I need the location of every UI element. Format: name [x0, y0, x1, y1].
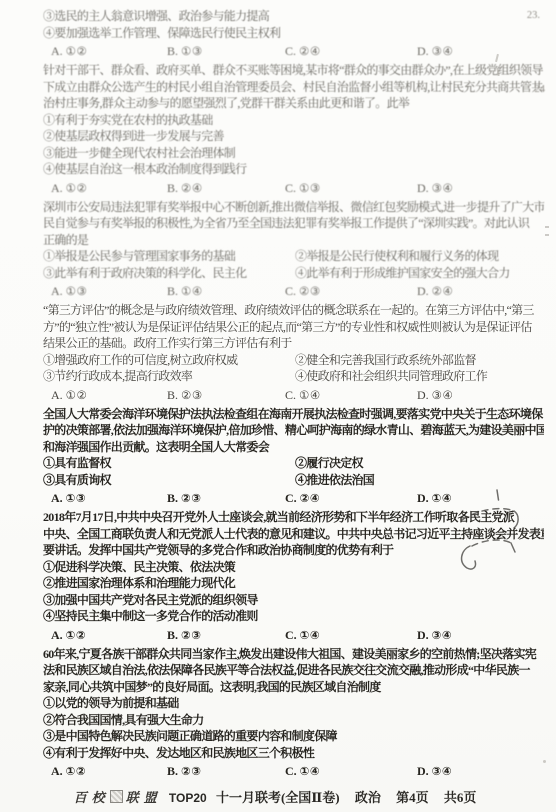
item-line: ④坚持民主集中制这一多党合作的活动准则 — [43, 608, 544, 625]
margin-note-23: 23. — [527, 10, 540, 21]
choice-A: A.①② — [51, 179, 167, 197]
choice-C: C.①③ — [285, 179, 417, 197]
item-line: ③是中国特色解决民族问题正确道路的重要内容和制度保障 — [43, 728, 544, 745]
page-footer: 百校联盟 TOP20 十一月联考(全国Ⅱ卷) 政治 第4页 共6页 — [0, 787, 556, 806]
question-block: ③选民的主人翁意识增强、政治参与能力提高④要加强选举工作管理、保障选民行使民主权… — [14, 8, 544, 60]
choice-value: ①② — [66, 388, 88, 402]
stem-line: 21.2018年7月17日,中共中央召开党外人士座谈会,就当前经济形势和下半年经… — [43, 509, 544, 526]
choice-label: C. — [285, 181, 296, 195]
choice-value: ②③ — [299, 284, 321, 298]
stem-text: 方”的“独立性”被认为是保证评估结果公正的起点,而“第三方”的专业性和权威性则被… — [43, 320, 532, 334]
item-line: ④推进依法治国 — [295, 472, 544, 489]
stem-text: 中央、全国工商联负责人和无党派人士代表的意见和建议。中共中央总书记习近平主持座谈… — [43, 527, 544, 541]
brand-left-text: 百校 — [74, 790, 110, 805]
choice-A: A.①③ — [51, 282, 167, 300]
stem-text: 治村庄事务,群众主动参与的愿望强烈了,党群干群关系由此更和谐了。此举 — [43, 96, 409, 110]
choice-label: D. — [417, 628, 429, 642]
choice-row: A.①②B.②③C.①④D.③④ — [43, 762, 544, 780]
item-grid: ①增强政府工作的可信度,树立政府权威②健全和完善我国行政系统外部监督③节约行政成… — [43, 352, 544, 385]
choice-D: D.③④ — [417, 42, 544, 60]
item-line: ①促进科学决策、民主决策、依法决策 — [43, 559, 544, 576]
stem-line: 民自觉参与有奖举报的积极性,为全省乃至全国违法犯罪有奖举报工作提供了“深圳实践”… — [43, 215, 544, 232]
stem-line: 19.“第三方评估”的概念是与政府绩效管理、政府绩效评估的概念联系在一起的。在第… — [43, 302, 544, 319]
choice-value: ①④ — [299, 388, 321, 402]
item-line: ②使基层政权得到进一步发展与完善 — [43, 128, 544, 145]
choice-row: A.①③B.②③C.②④D.①④ — [43, 489, 544, 507]
choice-label: B. — [167, 628, 178, 642]
stem-line: 家亲,同心共筑中国梦”的良好局面。这表明,我国的民族区域自治制度 — [43, 679, 544, 696]
choice-row: A.①②B.②③C.①④D.③④ — [43, 386, 544, 404]
choice-value: ②③ — [181, 628, 201, 642]
item-line: ④要加强选举工作管理、保障选民行使民主权利 — [43, 25, 544, 42]
choice-value: ②④ — [299, 44, 321, 58]
choice-label: C. — [285, 491, 297, 505]
choice-label: B. — [167, 388, 178, 402]
choice-value: ①④ — [181, 284, 203, 298]
item-line: ①举报是公民参与管理国家事务的基础 — [43, 248, 295, 265]
choice-value: ①③ — [66, 284, 88, 298]
choice-D: D.①④ — [417, 489, 544, 507]
choice-A: A.①③ — [51, 489, 167, 507]
choice-B: B.②③ — [167, 626, 285, 644]
brand-right-text: 联盟 — [126, 790, 162, 805]
item-line: ①具有监督权 — [43, 455, 295, 472]
stem-text: “第三方评估”的概念是与政府绩效管理、政府绩效评估的概念联系在一起的。在第三方评… — [43, 303, 534, 317]
stem-text: 要讲话。发挥中国共产党领导的多党合作和政治协商制度的优势有利于 — [43, 543, 393, 557]
choice-value: ③④ — [432, 764, 452, 778]
choice-value: ①③ — [181, 44, 203, 58]
item-line: ②推进国家治理体系和治理能力现代化 — [43, 575, 544, 592]
stem-text: 深圳市公安局违法犯罪有奖举报中心不断创新,推出微信举报、微信红包奖励模式,进一步… — [43, 200, 544, 214]
choice-label: D. — [417, 44, 429, 58]
stem-line: 和海洋强国作出贡献。这表明全国人大常委会 — [43, 439, 544, 456]
choice-C: C.①④ — [285, 762, 417, 780]
stem-line: 20.全国人大常委会海洋环境保护法执法检查组在海南开展执法检查时强调,要落实党中… — [43, 406, 544, 423]
page-number: 第4页 — [396, 790, 429, 805]
choice-value: ②③ — [181, 491, 201, 505]
choice-row: A.①②B.①③C.②④D.③④ — [43, 42, 544, 60]
choice-label: B. — [167, 181, 178, 195]
choice-label: C. — [285, 44, 296, 58]
stem-line: 治村庄事务,群众主动参与的愿望强烈了,党群干群关系由此更和谐了。此举 — [43, 95, 544, 112]
item-line: ③节约行政成本,提高行政效率 — [43, 368, 295, 385]
stem-line: 正确的是 — [43, 232, 544, 249]
item-line: ②举报是公民行使权利和履行义务的体现 — [295, 248, 544, 265]
question-block: 20.全国人大常委会海洋环境保护法执法检查组在海南开展执法检查时强调,要落实党中… — [14, 406, 544, 508]
question-block: 21.2018年7月17日,中共中央召开党外人士座谈会,就当前经济形势和下半年经… — [14, 509, 544, 644]
choice-value: ①② — [66, 181, 88, 195]
item-line: ④此举有利于形成维护国家安全的强大合力 — [295, 265, 544, 282]
stem-text: 结果公正的基础。政府工作实行第三方评估有利于 — [43, 336, 292, 350]
stem-text: 60年来,宁夏各族干部群众共同当家作主,焕发出建设伟大祖国、建设美丽家乡的空前热… — [43, 647, 536, 661]
choice-label: C. — [285, 764, 297, 778]
choice-value: ①② — [66, 44, 88, 58]
choice-value: ②④ — [300, 491, 320, 505]
choice-value: ③④ — [432, 388, 454, 402]
choice-value: ①③ — [66, 491, 86, 505]
item-line: ③加强中国共产党对各民主党派的组织领导 — [43, 592, 544, 609]
item-line: ④使政府和社会组织共同管理政府工作 — [295, 368, 544, 385]
choice-value: ②③ — [181, 764, 201, 778]
stem-line: 结果公正的基础。政府工作实行第三方评估有利于 — [43, 335, 544, 352]
choice-label: B. — [167, 764, 178, 778]
choice-B: B.②③ — [167, 762, 285, 780]
stem-text: 针对干部干、群众看、政府买单、群众不买账等困境,某市将“群众的事交由群众办”,在… — [43, 63, 543, 77]
stem-line: 17.针对干部干、群众看、政府买单、群众不买账等困境,某市将“群众的事交由群众办… — [43, 62, 544, 79]
stem-text: 民自觉参与有奖举报的积极性,为全省乃至全国违法犯罪有奖举报工作提供了“深圳实践”… — [43, 216, 529, 230]
choice-A: A.①② — [51, 42, 167, 60]
item-line: ④有利于发挥好中央、发达地区和民族地区三个积极性 — [43, 745, 544, 762]
item-grid: ①具有监督权②履行决定权③具有质询权④推进依法治国 — [43, 455, 544, 488]
choice-A: A.①② — [51, 386, 167, 404]
choice-value: ②④ — [181, 181, 203, 195]
choice-label: D. — [417, 181, 429, 195]
choice-value: ②④ — [432, 284, 454, 298]
choice-label: A. — [51, 388, 63, 402]
question-block: 17.针对干部干、群众看、政府买单、群众不买账等困境,某市将“群众的事交由群众办… — [14, 62, 544, 197]
choice-value: ①④ — [300, 628, 320, 642]
stem-text: 法和民族区域自治法,依法保障各民族平等合法权益,促进各民族交往交流交融,推动形成… — [43, 663, 530, 677]
choice-D: D.③④ — [417, 386, 544, 404]
margin-note-24: 24 — [535, 84, 546, 95]
item-line: ①有利于夯实党在农村的执政基础 — [43, 112, 544, 129]
choice-row: A.①②B.②④C.①③D.③④ — [43, 179, 544, 197]
choice-label: C. — [285, 628, 297, 642]
item-line: ①增强政府工作的可信度,树立政府权威 — [43, 352, 295, 369]
choice-value: ①② — [66, 628, 86, 642]
stem-text: 全国人大常委会海洋环境保护法执法检查组在海南开展执法检查时强调,要落实党中央关于… — [43, 407, 543, 421]
question-list: ③选民的主人翁意识增强、政治参与能力提高④要加强选举工作管理、保障选民行使民主权… — [14, 8, 544, 782]
stem-text: 和海洋强国作出贡献。这表明全国人大常委会 — [43, 440, 269, 454]
item-line: ③此举有利于政府决策的科学化、民主化 — [43, 265, 295, 282]
stem-line: 下成立由群众公选产生的村民小组自治管理委员会、村民自治监督小组等机构,让村民充分… — [43, 79, 544, 96]
choice-B: B.①③ — [167, 42, 285, 60]
stem-text: 正确的是 — [43, 233, 88, 247]
item-line: ③选民的主人翁意识增强、政治参与能力提高 — [43, 8, 544, 25]
item-line: ④使基层自治这一根本政治制度得到践行 — [43, 161, 544, 178]
stem-line: 18.深圳市公安局违法犯罪有奖举报中心不断创新,推出微信举报、微信红包奖励模式,… — [43, 199, 544, 216]
stem-line: 要讲话。发挥中国共产党领导的多党合作和政治协商制度的优势有利于 — [43, 542, 544, 559]
question-block: 19.“第三方评估”的概念是与政府绩效管理、政府绩效评估的概念联系在一起的。在第… — [14, 302, 544, 404]
choice-label: C. — [285, 388, 296, 402]
choice-label: A. — [51, 284, 63, 298]
choice-row: A.①②B.②③C.①④D.③④ — [43, 626, 544, 644]
choice-label: B. — [167, 284, 178, 298]
brand-logo-icon — [110, 790, 123, 803]
choice-C: C.②④ — [285, 42, 417, 60]
choice-label: D. — [417, 284, 429, 298]
choice-row: A.①③B.①④C.②③D.②④ — [43, 282, 544, 300]
choice-B: B.②④ — [167, 179, 285, 197]
brand-top20: TOP20 — [169, 791, 207, 805]
choice-label: B. — [167, 491, 178, 505]
scan-speck — [545, 226, 549, 228]
stem-line: 护的决策部署,依法加强海洋环境保护,倍加珍惜、精心呵护海南的绿水青山、碧海蓝天,… — [43, 422, 544, 439]
choice-value: ①④ — [432, 491, 452, 505]
subject-label: 政治 — [355, 790, 381, 805]
scan-speck — [545, 234, 549, 236]
page-total: 共6页 — [444, 790, 477, 805]
question-block: 18.深圳市公安局违法犯罪有奖举报中心不断创新,推出微信举报、微信红包奖励模式,… — [14, 199, 544, 301]
stem-line: 22.60年来,宁夏各族干部群众共同当家作主,焕发出建设伟大祖国、建设美丽家乡的… — [43, 646, 544, 663]
stem-line: 方”的“独立性”被认为是保证评估结果公正的起点,而“第三方”的专业性和权威性则被… — [43, 319, 544, 336]
choice-value: ①③ — [299, 181, 321, 195]
choice-D: D.③④ — [417, 762, 544, 780]
item-line: ③具有质询权 — [43, 472, 295, 489]
choice-value: ③④ — [432, 181, 454, 195]
exam-title: 十一月联考(全国Ⅱ卷) — [216, 790, 340, 805]
item-line: ②健全和完善我国行政系统外部监督 — [295, 352, 544, 369]
stem-line: 中央、全国工商联负责人和无党派人士代表的意见和建议。中共中央总书记习近平主持座谈… — [43, 526, 544, 543]
choice-C: C.②③ — [285, 282, 417, 300]
choice-C: C.①④ — [285, 626, 417, 644]
choice-label: B. — [167, 44, 178, 58]
choice-label: D. — [417, 491, 429, 505]
choice-value: ③④ — [432, 628, 452, 642]
choice-label: A. — [51, 491, 63, 505]
stem-text: 下成立由群众公选产生的村民小组自治管理委员会、村民自治监督小组等机构,让村民充分… — [43, 80, 543, 94]
choice-label: A. — [51, 181, 63, 195]
brand-logo: 百校联盟 — [74, 790, 162, 805]
choice-B: B.②③ — [167, 489, 285, 507]
item-line: ③能进一步健全现代农村社会治理体制 — [43, 145, 544, 162]
choice-value: ①② — [66, 764, 86, 778]
choice-B: B.②③ — [167, 386, 285, 404]
choice-value: ③④ — [432, 44, 454, 58]
item-line: ①以党的领导为前提和基础 — [43, 695, 544, 712]
choice-value: ①④ — [300, 764, 320, 778]
choice-label: D. — [417, 764, 429, 778]
choice-D: D.③④ — [417, 179, 544, 197]
choice-label: A. — [51, 628, 63, 642]
item-grid: ①举报是公民参与管理国家事务的基础②举报是公民行使权利和履行义务的体现③此举有利… — [43, 248, 544, 281]
choice-label: A. — [51, 764, 63, 778]
choice-A: A.①② — [51, 762, 167, 780]
item-line: ②符合我国国情,具有强大生命力 — [43, 712, 544, 729]
question-block: 22.60年来,宁夏各族干部群众共同当家作主,焕发出建设伟大祖国、建设美丽家乡的… — [14, 646, 544, 781]
scan-speck — [543, 760, 546, 763]
choice-D: D.②④ — [417, 282, 544, 300]
stem-line: 法和民族区域自治法,依法保障各民族平等合法权益,促进各民族交往交流交融,推动形成… — [43, 662, 544, 679]
choice-label: D. — [417, 388, 429, 402]
item-line: ②履行决定权 — [295, 455, 544, 472]
scanned-exam-page: ③选民的主人翁意识增强、政治参与能力提高④要加强选举工作管理、保障选民行使民主权… — [0, 0, 556, 812]
choice-B: B.①④ — [167, 282, 285, 300]
stem-text: 2018年7月17日,中共中央召开党外人士座谈会,就当前经济形势和下半年经济工作… — [43, 510, 514, 524]
choice-label: A. — [51, 44, 63, 58]
choice-D: D.③④ — [417, 626, 544, 644]
choice-value: ②③ — [181, 388, 203, 402]
choice-label: C. — [285, 284, 296, 298]
stem-text: 家亲,同心共筑中国梦”的良好局面。这表明,我国的民族区域自治制度 — [43, 680, 381, 694]
choice-C: C.①④ — [285, 386, 417, 404]
choice-A: A.①② — [51, 626, 167, 644]
stem-text: 护的决策部署,依法加强海洋环境保护,倍加珍惜、精心呵护海南的绿水青山、碧海蓝天,… — [43, 423, 544, 437]
choice-C: C.②④ — [285, 489, 417, 507]
